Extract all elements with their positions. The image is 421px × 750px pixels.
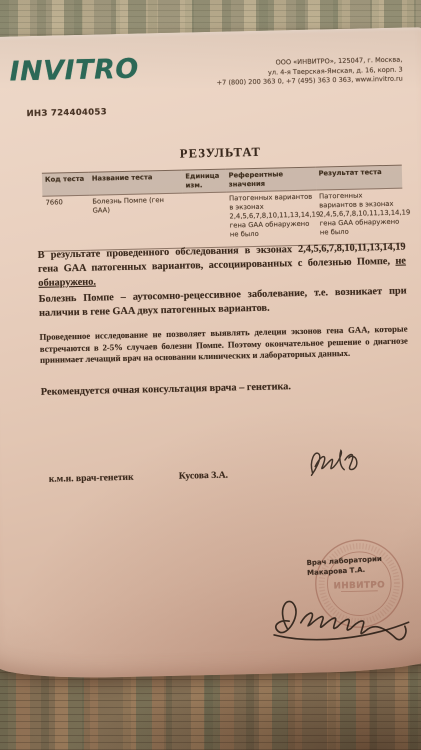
column-header-test-code: Код теста — [42, 172, 89, 196]
test-name-cell: Болезнь Помпе (ген GAA) — [89, 193, 184, 250]
document-title: РЕЗУЛЬТАТ — [37, 142, 403, 165]
doctor-name: Кусова З.А. — [179, 470, 228, 482]
reference-values-cell: Патогенных вариантов в экзонах 2,4,5,6,7… — [226, 190, 317, 247]
disease-info-paragraph: Болезнь Помпе – аутосомно-рецессивное за… — [39, 285, 408, 321]
letterhead-address: ООО «ИНВИТРО», 125047, г. Москва, ул. 4-… — [216, 56, 403, 89]
column-header-test-name: Название теста — [89, 170, 183, 195]
results-table: Код теста Название теста Единица изм. Ре… — [42, 165, 404, 252]
doctor-title: к.м.н. врач-генетик — [49, 472, 134, 485]
limitations-paragraph: Проведенное исследование не позволяет вы… — [39, 324, 408, 367]
column-header-reference: Референтные значения — [225, 167, 315, 192]
conclusion-paragraph: В результате проведенного обследования в… — [38, 241, 407, 291]
lab-doctor-signature — [265, 585, 420, 646]
column-header-result: Результат теста — [315, 165, 402, 190]
test-code-cell: 7660 — [42, 195, 90, 251]
recommendation-paragraph: Рекомендуется очная консультация врача –… — [41, 378, 409, 400]
column-header-unit: Единица изм. — [182, 169, 226, 193]
geneticist-signature — [302, 444, 361, 481]
photo-of-document: INVITRO ООО «ИНВИТРО», 125047, г. Москва… — [0, 0, 421, 750]
invitro-logo: INVITRO — [9, 54, 139, 88]
document-paper: INVITRO ООО «ИНВИТРО», 125047, г. Москва… — [0, 27, 421, 680]
test-result-cell: Патогенных вариантов в экзонах 2,4,5,6,7… — [316, 188, 404, 245]
order-number: ИНЗ 724404053 — [26, 107, 107, 119]
unit-cell — [183, 192, 227, 248]
